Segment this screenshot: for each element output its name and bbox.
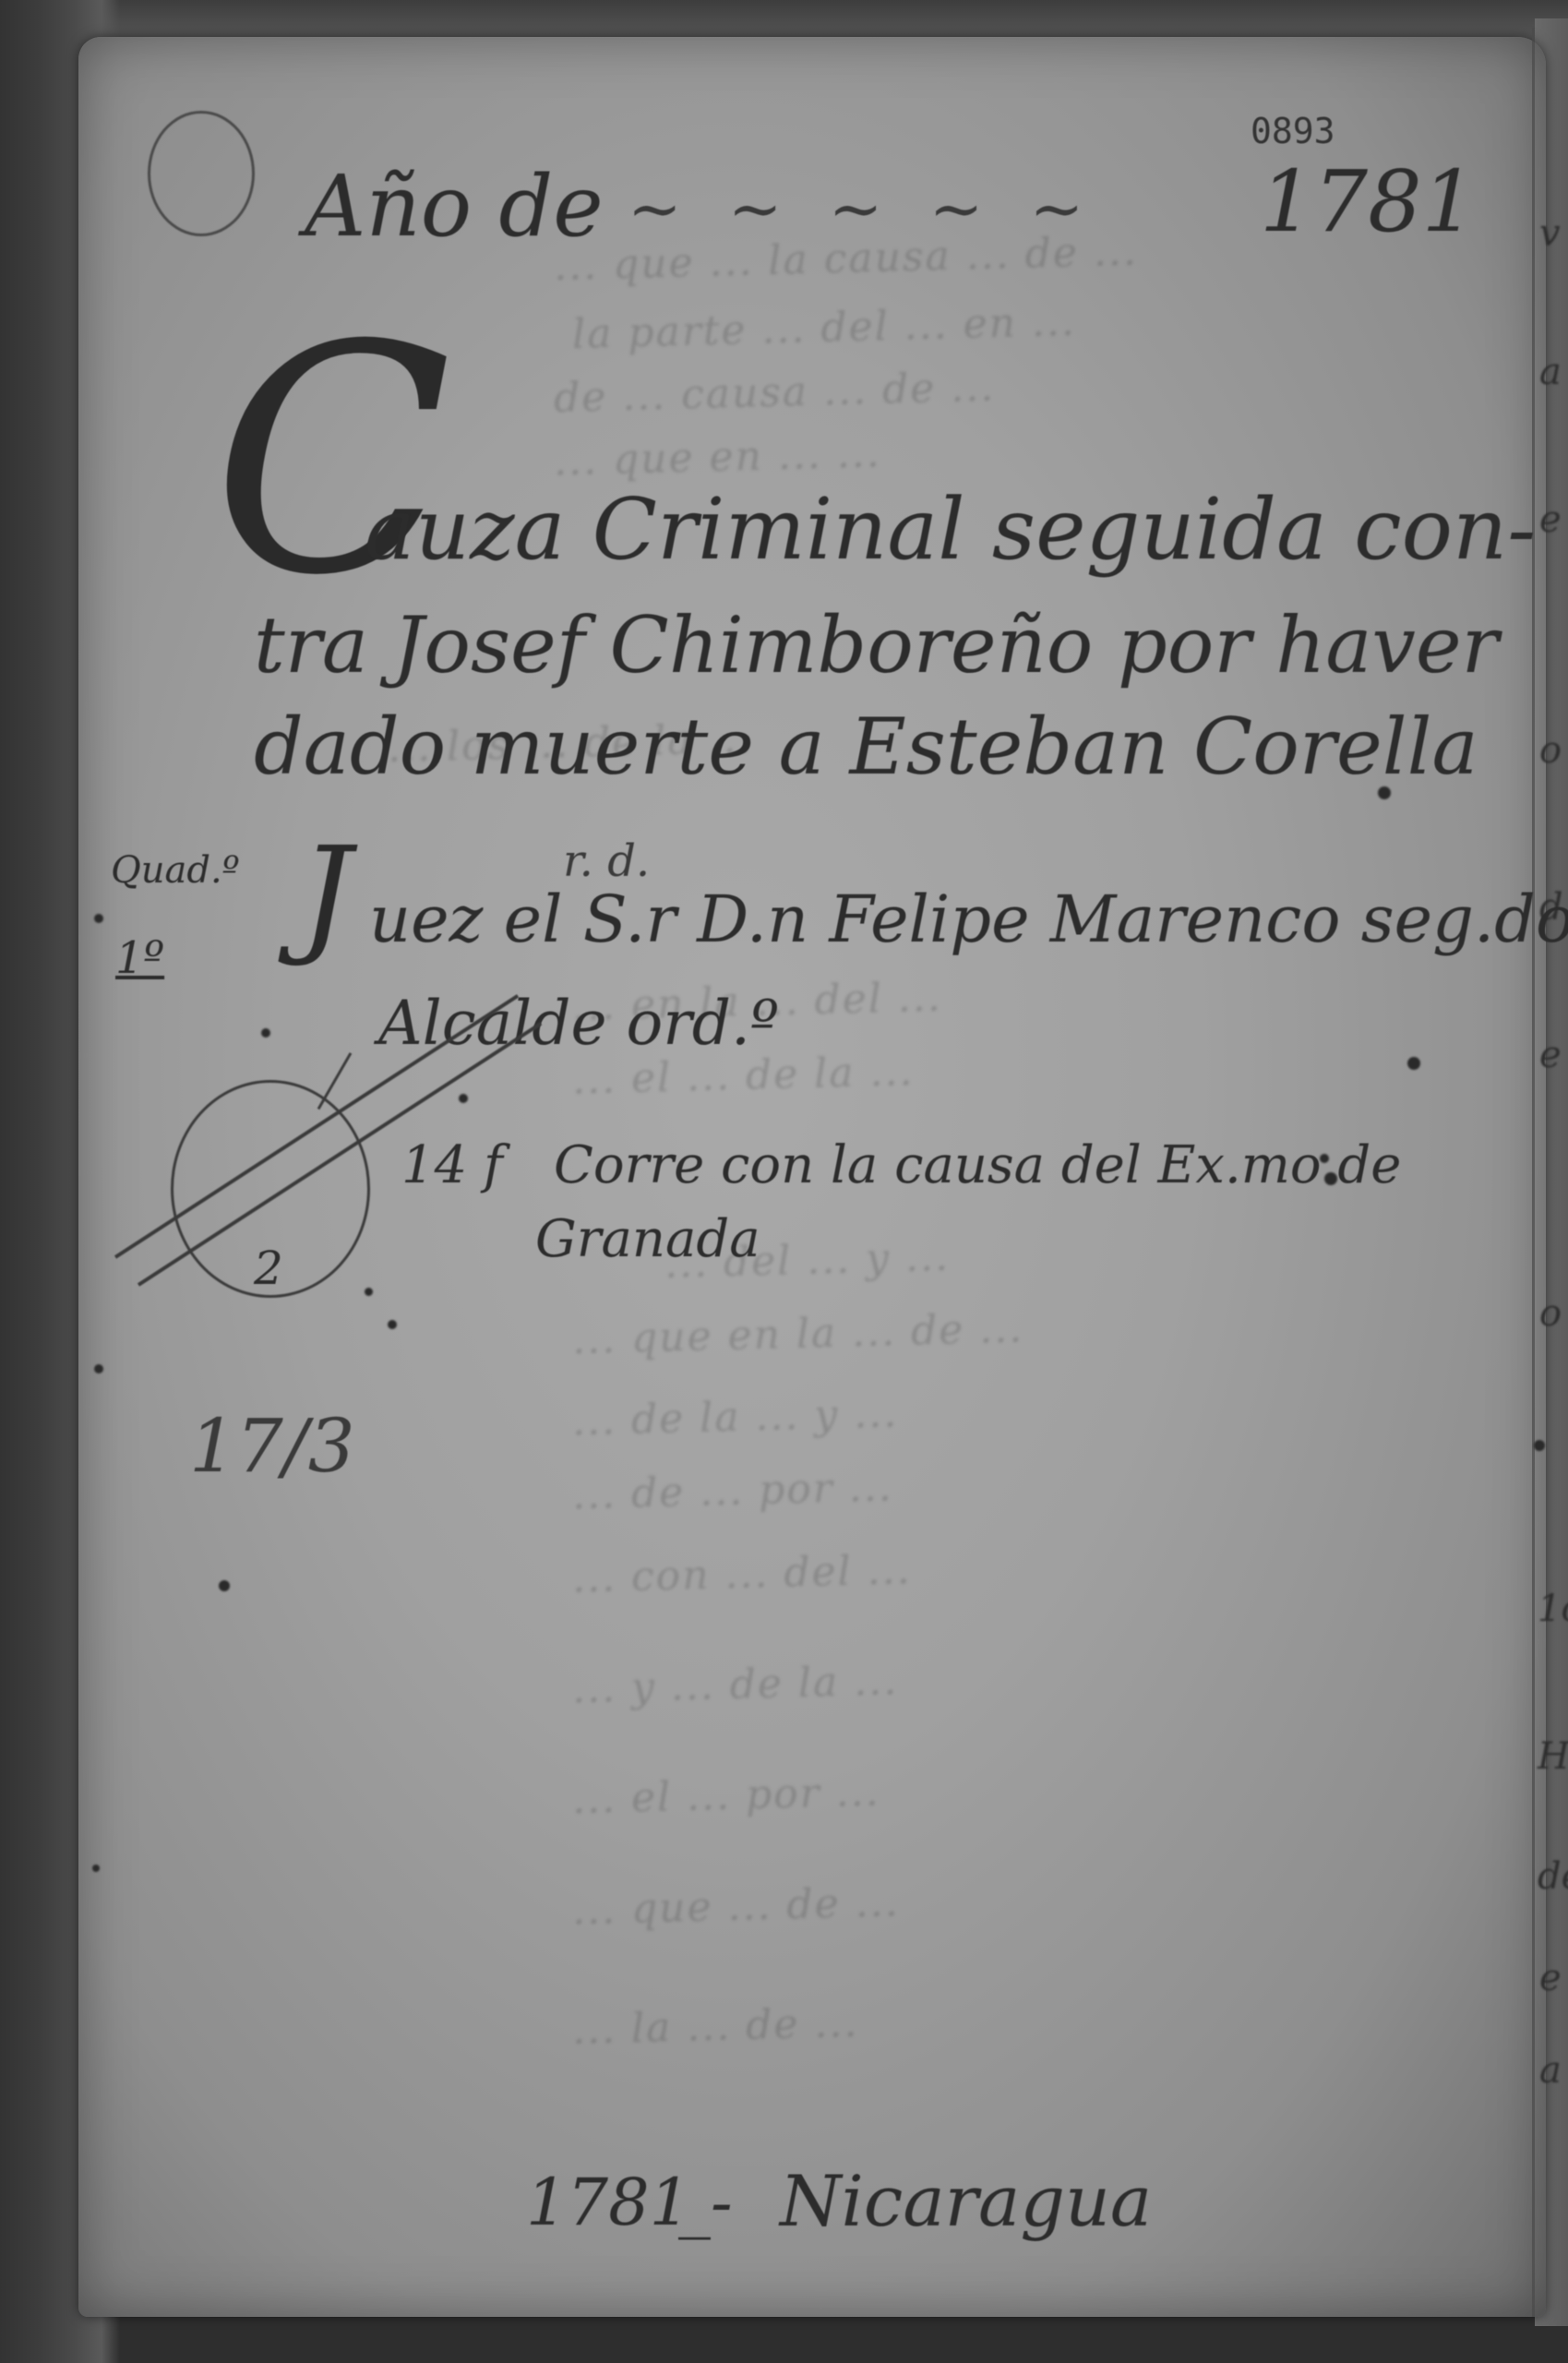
bleed-line: ... y ... de la ... bbox=[571, 1657, 898, 1712]
ink-speck bbox=[94, 914, 103, 923]
margin-fragment: e bbox=[1539, 1957, 1562, 1999]
footer-year: 1781 bbox=[526, 2165, 690, 2240]
margin-fragment: Ho bbox=[1538, 1735, 1568, 1778]
bleed-line: ... la ... de ... bbox=[571, 1999, 859, 2054]
title-line-2: tra Josef Chimboreño por haver bbox=[254, 600, 1499, 690]
ink-speck bbox=[1378, 786, 1391, 799]
ink-speck bbox=[459, 1094, 468, 1103]
margin-fragment: o bbox=[1539, 1292, 1562, 1335]
ink-speck bbox=[261, 1028, 270, 1038]
margin-fragment: a bbox=[1539, 351, 1562, 393]
title-line-3: dado muerte a Esteban Corella bbox=[254, 702, 1478, 792]
margin-fragment: de bbox=[1538, 1855, 1568, 1898]
margin-fragment: o bbox=[1539, 729, 1562, 772]
footer-place: Nicaragua bbox=[780, 2160, 1152, 2242]
margin-fragment: v bbox=[1539, 212, 1561, 255]
bleed-line: ... el ... por ... bbox=[571, 1769, 880, 1824]
margin-fragment: 1c bbox=[1538, 1588, 1568, 1630]
header-dashes: ~ ~ ~ ~ ~ bbox=[628, 171, 1096, 246]
left-margin-number: 17/3 bbox=[189, 1403, 355, 1489]
judge-initial: J bbox=[300, 831, 352, 960]
margin-fragment: e bbox=[1539, 498, 1562, 541]
year-label: Año de bbox=[305, 157, 604, 256]
title-line-1: auza Criminal seguida con- bbox=[365, 480, 1536, 579]
ink-speck bbox=[94, 1364, 103, 1373]
footer-separator: _- bbox=[678, 2165, 733, 2240]
margin-quad-number: 1º bbox=[115, 932, 164, 984]
ink-speck bbox=[1407, 1057, 1420, 1070]
bleed-line: ... que en ... ... bbox=[553, 429, 881, 485]
ink-speck bbox=[1534, 1440, 1545, 1451]
judge-superscript: r. d. bbox=[563, 835, 650, 887]
page-edge bbox=[1532, 28, 1535, 2317]
annotation-small-mark: 2 bbox=[254, 1241, 283, 1295]
bleed-line: ... de la ... y ... bbox=[571, 1389, 898, 1445]
margin-fragment: e bbox=[1539, 1034, 1562, 1076]
bleed-line: ... que ... de ... bbox=[571, 1878, 900, 1934]
judge-line-1: uez el S.r D.n Felipe Marenco seg.do bbox=[369, 882, 1568, 957]
margin-fragment: a bbox=[1539, 2049, 1562, 2092]
margin-quad-note: Quad.º bbox=[111, 849, 240, 892]
ink-speck bbox=[365, 1288, 373, 1296]
ink-speck bbox=[1320, 1154, 1329, 1163]
ink-speck bbox=[388, 1320, 397, 1329]
bleed-line: ... con ... del ... bbox=[571, 1546, 912, 1602]
annotation-line-1: Corre con la causa del Ex.mo de bbox=[554, 1135, 1401, 1195]
ink-speck bbox=[1324, 1172, 1337, 1185]
archive-stamp-number: 0893 bbox=[1251, 111, 1335, 151]
ink-speck bbox=[92, 1865, 100, 1872]
folio-number: 14 f bbox=[401, 1135, 503, 1195]
ink-speck bbox=[219, 1580, 230, 1591]
bleed-line: ... de ... por ... bbox=[571, 1463, 893, 1518]
decorative-flourish-icon bbox=[148, 111, 255, 236]
header-year: 1781 bbox=[1260, 152, 1476, 251]
annotation-line-2: Granada bbox=[535, 1209, 760, 1269]
